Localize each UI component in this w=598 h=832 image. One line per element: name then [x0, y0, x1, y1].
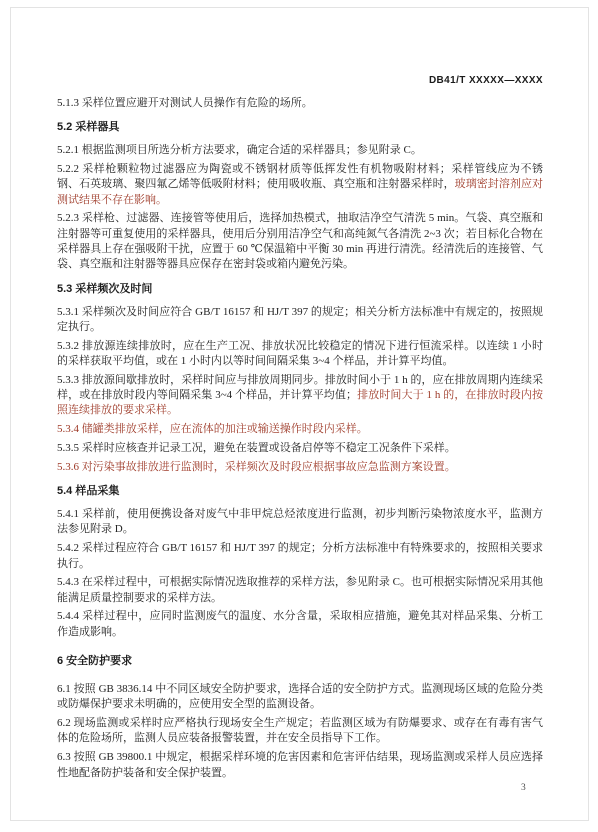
text-run: 5.3.2 排放源连续排放时，应在生产工况、排放状况比较稳定的情况下进行恒流采样…: [57, 340, 543, 367]
clause-5.2.2: 5.2.2 采样枪颗粒物过滤器应为陶瓷或不锈钢材质等低挥发性有机物吸附材料；采样…: [57, 162, 543, 208]
text-run: 6 安全防护要求: [57, 655, 132, 667]
revision-text-run: 5.3.4 储罐类排放采样，应在流体的加注或输送操作时段内采样。: [57, 423, 368, 435]
text-run: 6.1 按照 GB 3836.14 中不同区域安全防护要求，选择合适的安全防护方…: [57, 683, 543, 710]
clause-5.3.3: 5.3.3 排放源间歇排放时，采样时间应与排放周期同步。排放时间小于 1 h 的…: [57, 373, 543, 419]
clause-5.2.1: 5.2.1 根据监测项目所选分析方法要求，确定合适的采样器具；参见附录 C。: [57, 143, 543, 158]
clause-5.3.1: 5.3.1 采样频次及时间应符合 GB/T 16157 和 HJ/T 397 的…: [57, 305, 543, 336]
clause-5.4.1: 5.4.1 采样前，使用便携设备对废气中非甲烷总烃浓度进行监测，初步判断污染物浓…: [57, 507, 543, 538]
clause-5.3.5: 5.3.5 采样时应核查并记录工况，避免在装置或设备启停等不稳定工况条件下采样。: [57, 441, 543, 456]
clause-5.4: 5.4 样品采集: [57, 484, 543, 499]
text-run: 5.1.3 采样位置应避开对测试人员操作有危险的场所。: [57, 97, 313, 109]
text-run: 5.4.1 采样前，使用便携设备对废气中非甲烷总烃浓度进行监测，初步判断污染物浓…: [57, 508, 543, 535]
clause-5.4.2: 5.4.2 采样过程应符合 GB/T 16157 和 HJ/T 397 的规定；…: [57, 541, 543, 572]
document-body: 5.1.3 采样位置应避开对测试人员操作有危险的场所。5.2 采样器具5.2.1…: [57, 96, 543, 784]
revision-text-run: 5.3.6 对污染事故排放进行监测时，采样频次及时段应根据事故应急监测方案设置。: [57, 461, 456, 473]
text-run: 5.4.3 在采样过程中，可根据实际情况选取推荐的采样方法，参见附录 C。也可根…: [57, 576, 543, 603]
text-run: 5.3 采样频次及时间: [57, 283, 152, 295]
text-run: 5.2.1 根据监测项目所选分析方法要求，确定合适的采样器具；参见附录 C。: [57, 144, 422, 156]
clause-5.3.6: 5.3.6 对污染事故排放进行监测时，采样频次及时段应根据事故应急监测方案设置。: [57, 460, 543, 475]
clause-5.4.3: 5.4.3 在采样过程中，可根据实际情况选取推荐的采样方法，参见附录 C。也可根…: [57, 575, 543, 606]
clause-6.3: 6.3 按照 GB 39800.1 中规定，根据采样环境的危害因素和危害评估结果…: [57, 750, 543, 781]
text-run: 5.3.1 采样频次及时间应符合 GB/T 16157 和 HJ/T 397 的…: [57, 306, 543, 333]
clause-6.2: 6.2 现场监测或采样时应严格执行现场安全生产规定；若监测区域为有防爆要求、或存…: [57, 716, 543, 747]
text-run: 5.4.2 采样过程应符合 GB/T 16157 和 HJ/T 397 的规定；…: [57, 542, 543, 569]
text-run: 5.4 样品采集: [57, 485, 119, 497]
clause-5.2.3: 5.2.3 采样枪、过滤器、连接管等使用后，选择加热模式，抽取洁净空气清洗 5 …: [57, 211, 543, 272]
text-run: 5.2 采样器具: [57, 121, 119, 133]
clause-5.1.3: 5.1.3 采样位置应避开对测试人员操作有危险的场所。: [57, 96, 543, 111]
page-number: 3: [521, 783, 526, 793]
clause-5.4.4: 5.4.4 采样过程中，应同时监测废气的温度、水分含量，采取相应措施，避免其对样…: [57, 609, 543, 640]
text-run: 5.4.4 采样过程中，应同时监测废气的温度、水分含量，采取相应措施，避免其对样…: [57, 610, 543, 637]
standard-number-header: DB41/T XXXXX—XXXX: [57, 75, 543, 86]
clause-5.3.4: 5.3.4 储罐类排放采样，应在流体的加注或输送操作时段内采样。: [57, 422, 543, 437]
text-run: 5.2.3 采样枪、过滤器、连接管等使用后，选择加热模式，抽取洁净空气清洗 5 …: [57, 212, 543, 270]
clause-6: 6 安全防护要求: [57, 654, 543, 669]
clause-5.3.2: 5.3.2 排放源连续排放时，应在生产工况、排放状况比较稳定的情况下进行恒流采样…: [57, 339, 543, 370]
text-run: 6.2 现场监测或采样时应严格执行现场安全生产规定；若监测区域为有防爆要求、或存…: [57, 717, 543, 744]
text-run: 5.3.5 采样时应核查并记录工况，避免在装置或设备启停等不稳定工况条件下采样。: [57, 442, 456, 454]
document-page: DB41/T XXXXX—XXXX 5.1.3 采样位置应避开对测试人员操作有危…: [0, 0, 598, 832]
clause-6.1: 6.1 按照 GB 3836.14 中不同区域安全防护要求，选择合适的安全防护方…: [57, 682, 543, 713]
clause-5.3: 5.3 采样频次及时间: [57, 282, 543, 297]
text-run: 6.3 按照 GB 39800.1 中规定，根据采样环境的危害因素和危害评估结果…: [57, 751, 543, 778]
clause-5.2: 5.2 采样器具: [57, 120, 543, 135]
